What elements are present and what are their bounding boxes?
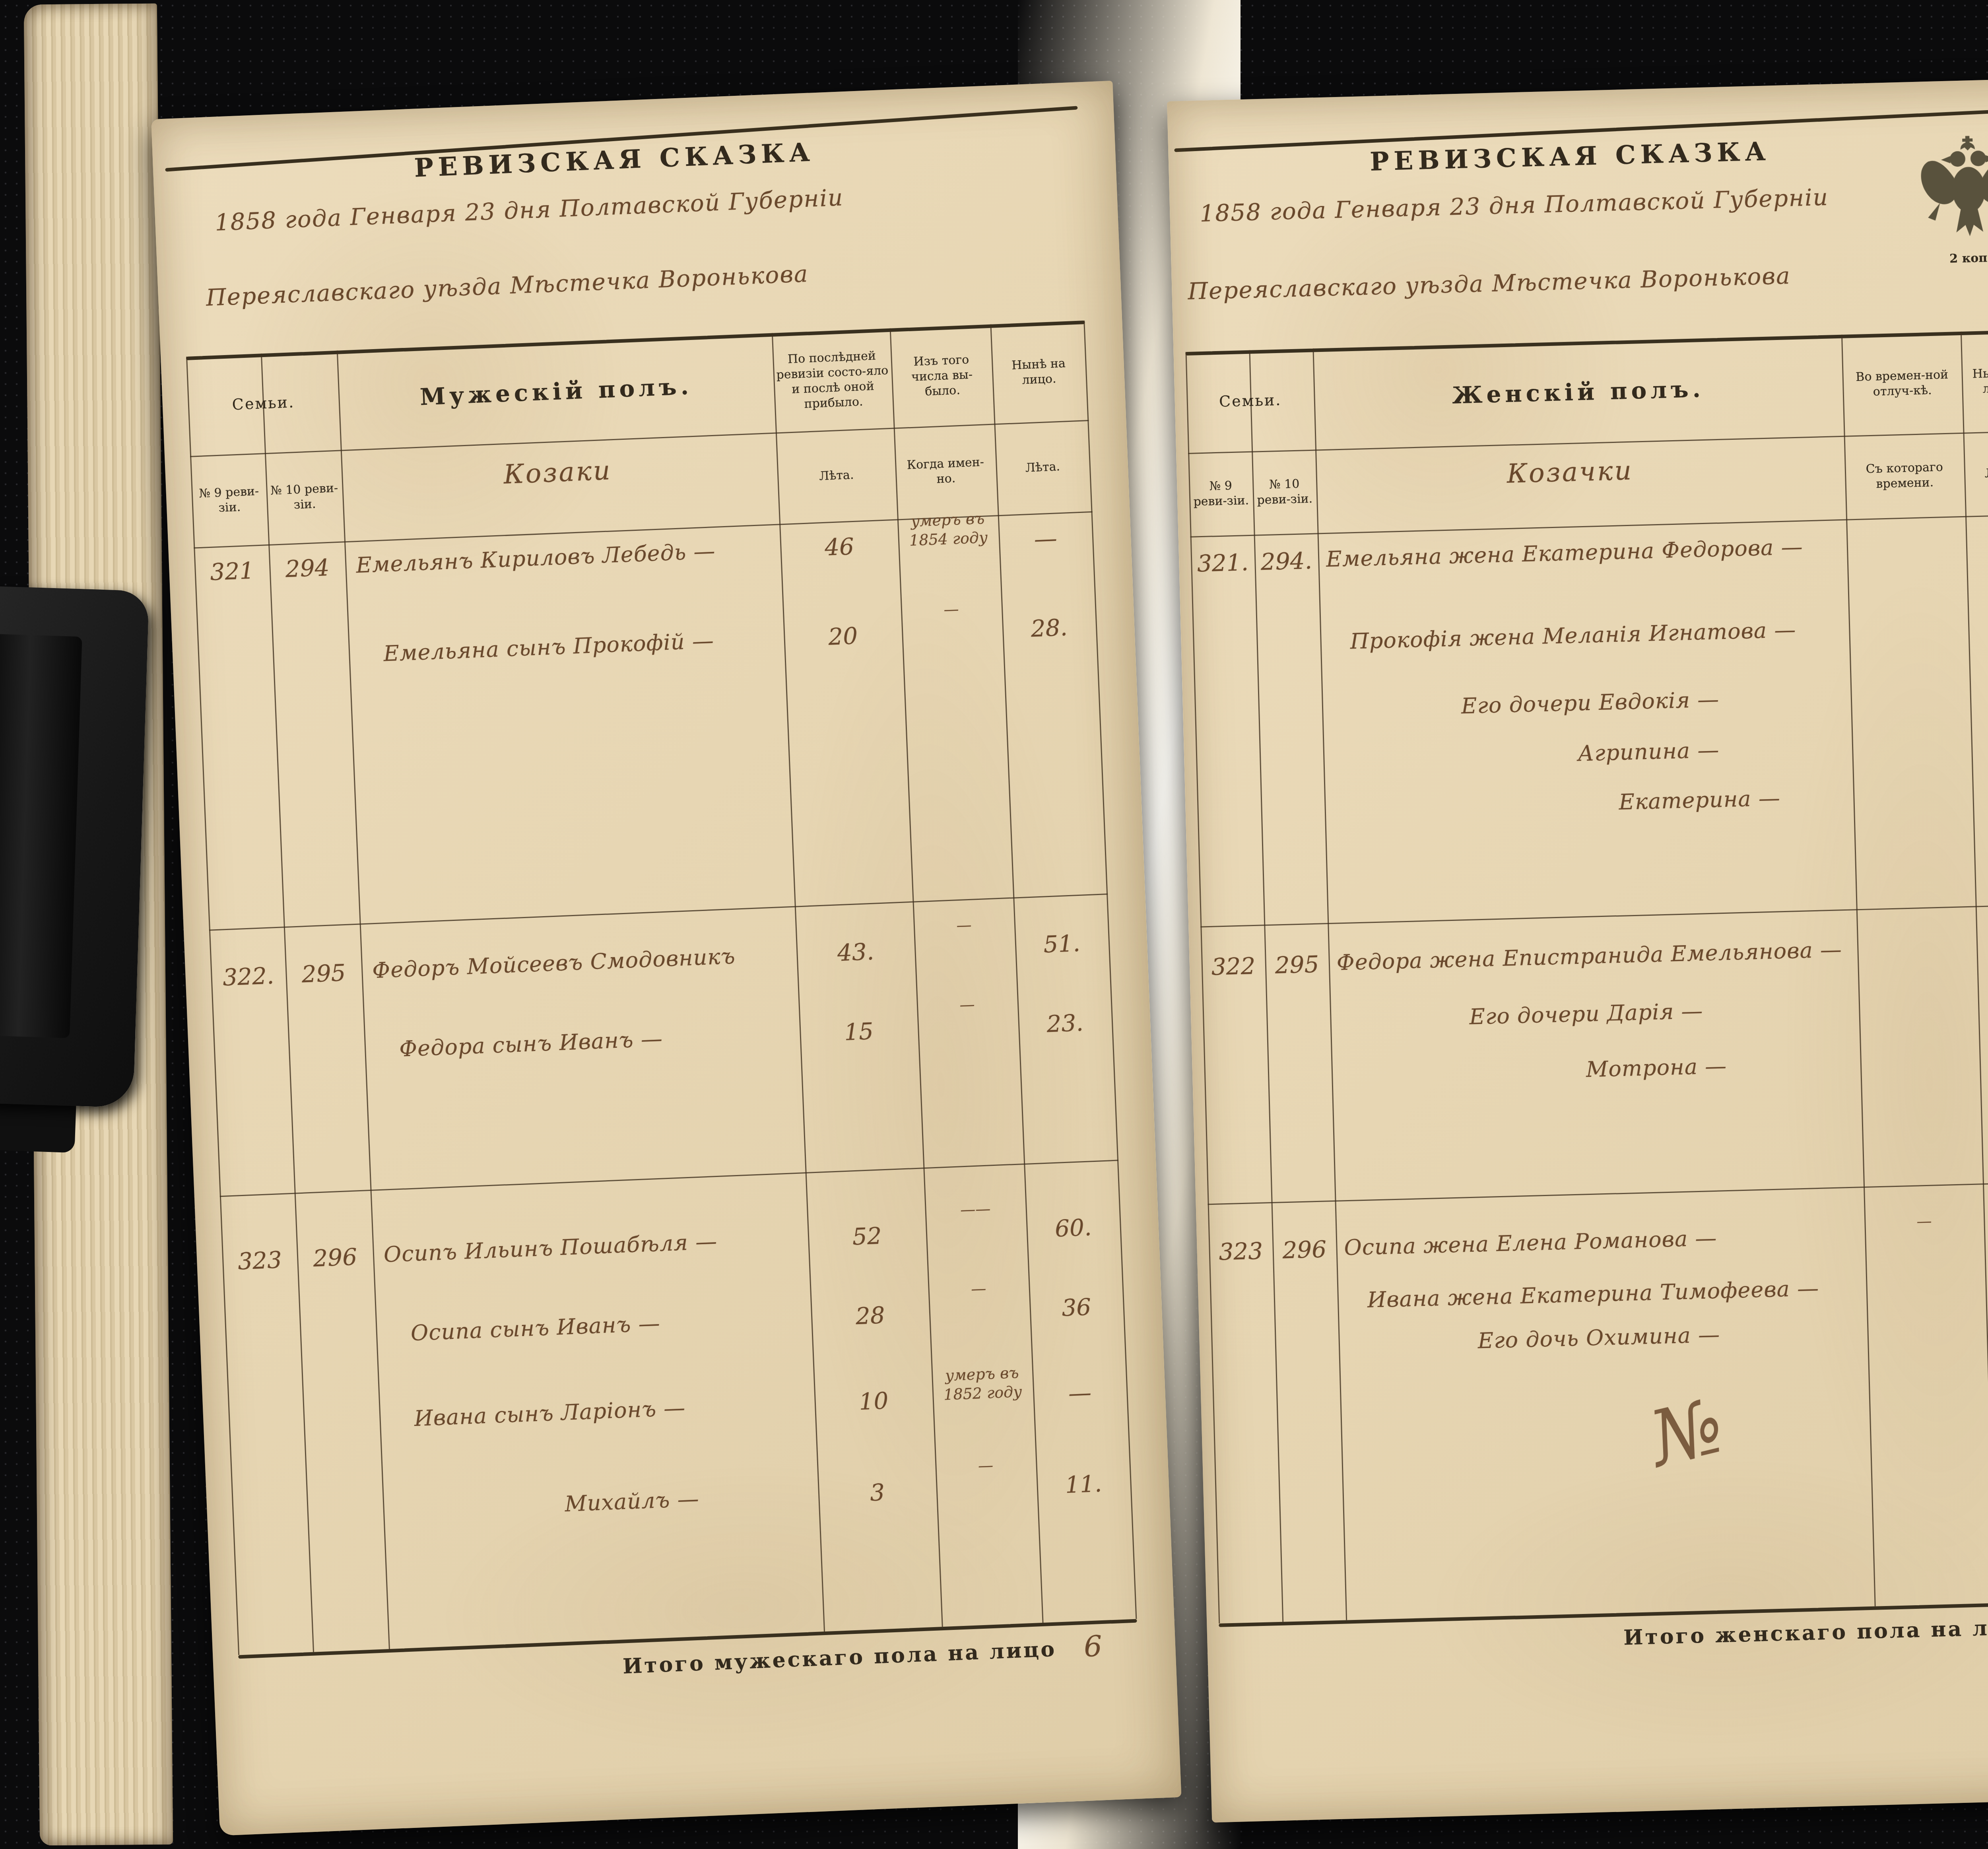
age-now: — (1033, 1377, 1127, 1408)
revision10-number (1256, 629, 1320, 631)
census-entry-row: Осипа сынъ Иванъ — 28 — 36 (200, 1290, 1161, 1329)
census-entry-row: Прокофія жена Меланія Игнатова — 30 (1181, 608, 1988, 633)
age-at-last-revision: 3 (818, 1477, 937, 1509)
revision10-number (1260, 748, 1323, 749)
departure-note: —— (925, 1198, 1026, 1221)
revision9-number (229, 1410, 303, 1414)
age-now: 30 (1970, 611, 1988, 640)
census-entry-row: Ивана сынъ Ларіонъ — 10 умеръ въ 1852 го… (203, 1376, 1165, 1414)
right-page-female: РЕВИЗСКАЯ СКАЗКА 1858 года Генваря 23 дн… (1167, 77, 1988, 1823)
revision10-number (1266, 1008, 1330, 1010)
age-now: 2 (1974, 779, 1988, 808)
revision9-number (1196, 749, 1260, 751)
revision10-number (1274, 1288, 1337, 1290)
male-total-value: 6 (1083, 1629, 1103, 1663)
census-entry-row: Михайлъ — 3 — 11. (207, 1467, 1168, 1506)
revision9-number (1203, 1010, 1266, 1011)
age-now: 28. (1002, 613, 1097, 643)
revision10-number (1261, 797, 1324, 799)
age-at-last-revision: 52 (808, 1220, 926, 1252)
age-now: 4. (1973, 729, 1988, 758)
census-entry-row: Емельяна сынъ Прокофій — 20 — 28. (173, 611, 1134, 650)
person-name: Емельянъ Кириловъ Лебедь — (355, 536, 778, 578)
revision9-number (232, 1502, 307, 1505)
departure-note: — (916, 993, 1018, 1016)
census-entry-row: Его дочь Охимина — 4. (1199, 1311, 1988, 1336)
revision9-number (1211, 1334, 1275, 1335)
revision10-number (1268, 1064, 1332, 1065)
revision9-number (1204, 1065, 1268, 1067)
age-now: 46 (1968, 528, 1988, 557)
person-name: Его дочь Охимина — (1346, 1318, 1864, 1357)
revision10-number (272, 643, 348, 646)
age-now: 51. (1015, 928, 1109, 959)
person-name: Емельяна жена Екатерина Федорова — (1326, 533, 1843, 572)
archival-scan-scene: РЕВИЗСКАЯ СКАЗКА 1858 года Генваря 23 дн… (0, 0, 1988, 1849)
departure-note: умеръ въ 1854 году (897, 509, 999, 550)
revision9-number: 321 (194, 556, 270, 586)
departure-note: — (935, 1454, 1037, 1477)
census-entry-row: Его дочери Евдокія — 9 (1182, 676, 1988, 701)
age-at-last-revision: 10 (814, 1385, 933, 1417)
age-now: — (998, 523, 1093, 554)
revision9-number (1197, 799, 1261, 800)
revision10-number: 294. (1254, 547, 1319, 575)
age-now: 52. (1986, 1216, 1988, 1245)
departure-note: — (901, 598, 1002, 621)
revision10-number: 294 (269, 553, 346, 583)
departure-note: — (928, 1278, 1029, 1301)
revision9-number (225, 1325, 300, 1328)
person-name: Осипа сынъ Иванъ — (386, 1305, 809, 1346)
age-at-last-revision: 20 (783, 620, 902, 652)
person-name: Екатерина — (1332, 784, 1850, 822)
census-entry-row: 322 295 Федора жена Епистранида Емельяно… (1189, 929, 1988, 954)
revision10-number: 295 (285, 959, 362, 989)
person-name: Его дочери Дарія — (1338, 994, 1855, 1033)
person-name: Ивана сынъ Ларіонъ — (390, 1390, 812, 1432)
absence-since-note (1850, 672, 1969, 676)
age-now: 11 (1980, 989, 1988, 1018)
absence-since-note (1858, 983, 1978, 986)
revision10-number: 296 (297, 1243, 374, 1273)
person-name: Федоръ Мойсеевъ Смодовникъ (372, 941, 794, 983)
person-name: Михайлъ — (394, 1482, 816, 1523)
revision9-number (1193, 631, 1256, 633)
person-name: Мотрона — (1339, 1050, 1856, 1088)
person-name: Федора сынъ Иванъ — (375, 1021, 797, 1062)
absence-since-note (1867, 1307, 1986, 1310)
person-name: Осипъ Ильинъ Пошабѣля — (383, 1225, 806, 1267)
age-now: 36 (1029, 1292, 1124, 1323)
person-name: Агрипина — (1331, 734, 1848, 773)
census-entry-row: Его дочери Дарія — 11 (1191, 987, 1988, 1012)
revision9-number: 322 (1201, 952, 1266, 981)
age-at-last-revision: 15 (799, 1016, 918, 1047)
person-name: Емельяна сынъ Прокофій — (359, 625, 781, 667)
absence-since-note (1857, 925, 1976, 928)
revision10-number: 296 (1272, 1235, 1337, 1264)
age-now: 60. (1026, 1212, 1120, 1243)
revision9-number: 323 (1209, 1237, 1273, 1266)
revision10-number (1258, 697, 1322, 699)
revision9-number (214, 1041, 288, 1044)
left-page-male: РЕВИЗСКАЯ СКАЗКА 1858 года Генваря 23 дн… (151, 81, 1181, 1836)
male-table-body: 321 294 Емельянъ Кириловъ Лебедь — 46 ум… (151, 81, 1181, 1836)
absence-since-note (1866, 1263, 1985, 1266)
age-now: 1 (1981, 1045, 1988, 1074)
age-now: 21. (1978, 931, 1988, 960)
female-table-body: 321. 294. Емельяна жена Екатерина Федоро… (1167, 77, 1988, 1823)
revision10-number (288, 1038, 364, 1041)
census-entry-row: 321. 294. Емельяна жена Екатерина Федоро… (1179, 526, 1988, 550)
revision9-number (198, 646, 273, 649)
revision10-number (1275, 1332, 1338, 1334)
absence-since-note (1852, 723, 1971, 726)
page-holder-clip-roller (0, 634, 82, 1038)
revision9-number: 322. (210, 961, 286, 991)
age-now: 11. (1036, 1469, 1131, 1499)
revision9-number: 321. (1191, 549, 1255, 577)
age-now: 9 (1972, 678, 1988, 707)
person-name: Прокофія жена Меланія Игнатова — (1328, 616, 1845, 655)
revision10-number: 295 (1265, 950, 1329, 979)
census-entry-row: Ивана жена Екатерина Тимофеева — 33. (1198, 1267, 1988, 1292)
absence-since-note (1860, 1039, 1979, 1042)
absence-since-note (1848, 605, 1968, 608)
census-entry-row: 323 296 Осипа жена Елена Романова — — 52… (1197, 1214, 1988, 1239)
age-now: 23. (1018, 1008, 1112, 1039)
absence-since-note (1853, 773, 1972, 776)
age-at-last-revision: 43. (796, 936, 915, 968)
departure-note: — (913, 914, 1015, 937)
person-name: Федора жена Епистранида Емельянова — (1336, 937, 1854, 975)
person-name: Ивана жена Екатерина Тимофеева — (1345, 1274, 1862, 1313)
census-entry-row: 323 296 Осипъ Ильинъ Пошабѣля — 52 —— 60… (196, 1211, 1158, 1250)
absence-since-note (1846, 522, 1965, 525)
page-holder-clip (0, 586, 149, 1108)
census-entry-row: Федора сынъ Иванъ — 15 — 23. (188, 1006, 1150, 1045)
departure-note: умеръ въ 1852 году (932, 1363, 1034, 1405)
age-at-last-revision: 28 (811, 1300, 930, 1332)
census-entry-row: 321 294 Емельянъ Кириловъ Лебедь — 46 ум… (169, 522, 1130, 560)
person-name: Осипа жена Елена Романова — (1344, 1222, 1861, 1260)
revision10-number (300, 1322, 376, 1325)
revision9-number: 323 (222, 1246, 298, 1276)
census-entry-row: Агрипина — 4. (1184, 726, 1988, 751)
census-entry-row: Мотрона — 1 (1192, 1043, 1988, 1067)
census-entry-row: 322. 295 Федоръ Мойсеевъ Смодовникъ 43. … (185, 927, 1146, 965)
age-at-last-revision: 46 (780, 531, 899, 563)
absence-since-note: — (1864, 1210, 1984, 1232)
revision9-number (1210, 1290, 1274, 1292)
revision10-number (303, 1408, 379, 1411)
census-entry-row: Екатерина — 2 (1185, 776, 1988, 801)
person-name: Его дочери Евдокія — (1330, 684, 1847, 722)
revision9-number (1194, 699, 1258, 701)
revision10-number (307, 1499, 383, 1502)
